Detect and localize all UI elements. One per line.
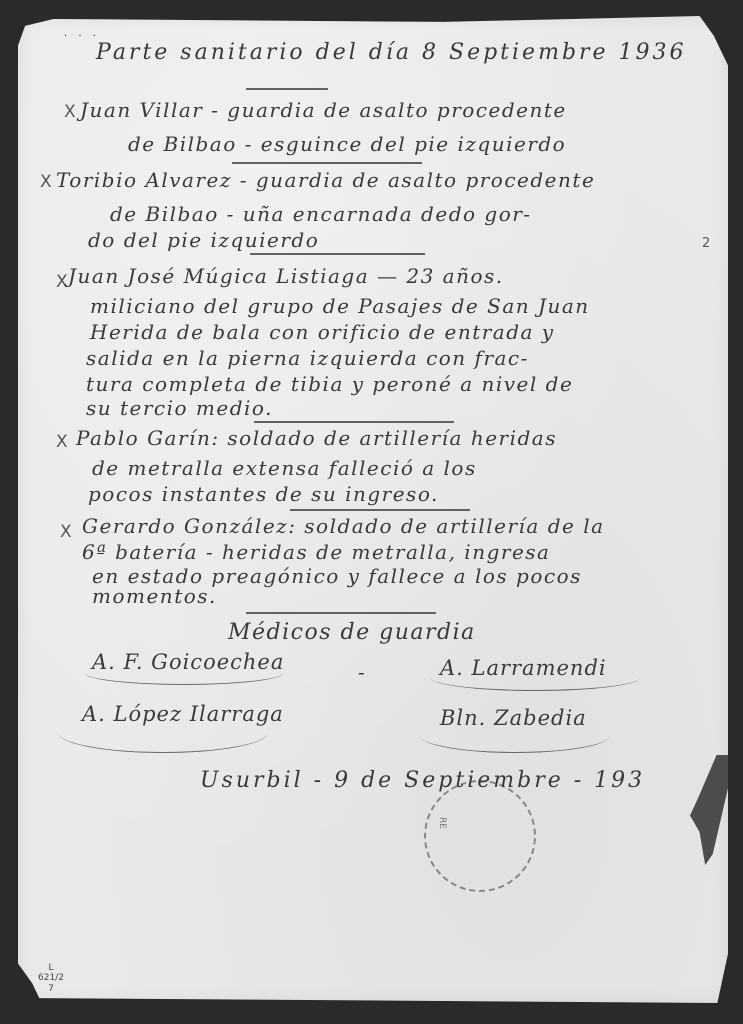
entry-3-underline bbox=[254, 421, 454, 423]
archive-reference-line-2: 621/2 bbox=[38, 973, 64, 983]
place-date: Usurbil - 9 de Septiembre - 193 bbox=[200, 770, 645, 792]
circular-stamp: RE bbox=[424, 780, 536, 892]
signatures-heading: Médicos de guardia bbox=[228, 622, 476, 644]
entry-3-line-5: tura completa de tibia y peroné a nivel … bbox=[86, 374, 573, 394]
entry-3-line-2: miliciano del grupo de Pasajes de San Ju… bbox=[90, 296, 590, 316]
entry-3-marker: X bbox=[56, 272, 68, 292]
signature-larramendi-flourish bbox=[430, 664, 640, 691]
stamp-text: RE bbox=[437, 817, 447, 829]
archive-reference: L 621/2 7 bbox=[38, 963, 64, 994]
entry-4-line-2: de metralla extensa falleció a los bbox=[92, 458, 477, 478]
pin-holes: . . . bbox=[64, 28, 100, 39]
entry-3-line-3: Herida de bala con orificio de entrada y bbox=[90, 322, 555, 342]
signature-lopez-ilarraga-flourish bbox=[58, 712, 268, 753]
entry-5-marker: X bbox=[60, 522, 72, 542]
entry-4-line-1: Pablo Garín: soldado de artillería herid… bbox=[76, 428, 557, 448]
archive-reference-line-3: 7 bbox=[38, 984, 64, 994]
entry-3-line-4: salida en la pierna izquierda con frac- bbox=[86, 348, 529, 368]
entry-5-line-3: en estado preagónico y fallece a los poc… bbox=[92, 566, 582, 586]
entry-3-line-1: Juan José Múgica Listiaga — 23 años. bbox=[68, 266, 504, 286]
archive-reference-line-1: L bbox=[38, 963, 64, 973]
entry-2-marker: X bbox=[40, 172, 52, 192]
signature-separator: - bbox=[358, 662, 366, 682]
entry-4-line-3: pocos instantes de su ingreso. bbox=[88, 484, 439, 504]
entry-5-line-4: momentos. bbox=[92, 586, 217, 606]
entry-2-underline bbox=[250, 253, 425, 255]
signature-goicoechea-flourish bbox=[84, 660, 284, 685]
entry-3-line-6: su tercio medio. bbox=[86, 398, 273, 418]
entry-2-line-1: Toribio Alvarez - guardia de asalto proc… bbox=[56, 170, 595, 190]
entry-4-marker: X bbox=[56, 432, 68, 452]
entry-2-line-3: do del pie izquierdo bbox=[88, 230, 319, 250]
document-title: Parte sanitario del día 8 Septiembre 193… bbox=[96, 42, 687, 64]
entry-1-line-1: Juan Villar - guardia de asalto proceden… bbox=[80, 100, 567, 120]
entry-1-marker: X bbox=[64, 102, 76, 122]
entry-5-line-2: 6ª batería - heridas de metralla, ingres… bbox=[82, 542, 550, 562]
entry-1-line-2: de Bilbao - esguince del pie izquierdo bbox=[128, 134, 566, 154]
entry-2-line-2: de Bilbao - uña encarnada dedo gor- bbox=[110, 204, 532, 224]
entry-1-underline bbox=[232, 162, 422, 164]
signature-zabedia-flourish bbox=[420, 718, 610, 753]
entry-5-underline bbox=[246, 612, 436, 614]
entry-2-margin-note: 2 bbox=[702, 236, 710, 251]
entry-4-underline bbox=[290, 509, 470, 511]
entry-5-line-1: Gerardo González: soldado de artillería … bbox=[82, 516, 605, 536]
title-underline bbox=[246, 88, 328, 90]
